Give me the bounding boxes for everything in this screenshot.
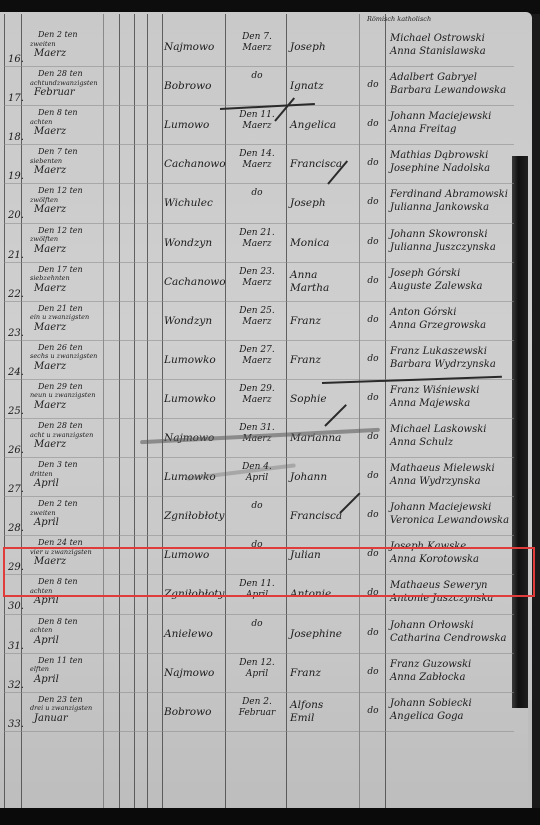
child-first-name: Anna	[290, 269, 317, 281]
birth-day: Den 12.	[239, 658, 275, 668]
child-name: Francisca	[290, 510, 356, 523]
parents: Johann Maciejewski Veronica Lewandowska	[390, 501, 530, 527]
mother-name: Anna Majewska	[390, 397, 530, 410]
village: Lumowo	[164, 119, 226, 131]
date-day: Den 28 ten	[30, 421, 110, 431]
date-day: Den 23 ten	[30, 695, 110, 705]
religion-ditto: do	[362, 393, 384, 403]
birth-date: Den 25. Maerz	[228, 306, 286, 328]
date-month: Maerz	[30, 440, 110, 450]
child-first-name: Francisca	[290, 510, 342, 522]
birth-day: Den 2.	[242, 697, 272, 707]
child-second-name: Martha	[290, 282, 329, 294]
date-day: Den 12 ten	[30, 186, 110, 196]
religion-ditto: do	[362, 471, 384, 481]
birth-day: do	[251, 188, 262, 198]
parents: Mathaeus Mielewski Anna Wydrzynska	[390, 462, 530, 488]
birth-month: Maerz	[243, 239, 272, 249]
mother-name: Josephine Nadolska	[390, 162, 530, 175]
birth-day: do	[251, 501, 262, 511]
religion-ditto: do	[362, 706, 384, 716]
date-day: Den 11 ten	[30, 656, 110, 666]
register-row: 28. Den 2 ten zweiten April Zgniłobłoty …	[0, 497, 530, 536]
date-month: April	[30, 636, 110, 646]
religion-ditto: do	[362, 276, 384, 286]
religion-ditto: do	[362, 667, 384, 677]
date-day: Den 2 ten	[30, 30, 110, 40]
birth-month: Maerz	[243, 317, 272, 327]
entry-number: 23.	[8, 328, 24, 339]
child-first-name: Ignatz	[290, 80, 324, 92]
child-name: Ignatz	[290, 80, 356, 93]
parents: Johann Skowronski Julianna Juszczynska	[390, 228, 530, 254]
village: Bobrowo	[164, 706, 226, 718]
birth-date: Den 21. Maerz	[228, 228, 286, 250]
register-row: 17. Den 28 ten achtundzwanzigsten Februa…	[0, 67, 530, 106]
father-name: Michael Laskowski	[390, 423, 530, 436]
religion-ditto: do	[362, 80, 384, 90]
child-name: Franz	[290, 315, 356, 328]
parents: Joseph Górski Auguste Zalewska	[390, 267, 530, 293]
parents: Franz Guzowski Anna Zabłocka	[390, 658, 530, 684]
register-row: 25. Den 29 ten neun u zwanzigsten Maerz …	[0, 380, 530, 419]
parents: Johann Sobiecki Angelica Goga	[390, 697, 530, 723]
child-second-name: Emil	[290, 712, 314, 724]
child-name: Josephine	[290, 628, 356, 641]
entry-number: 20.	[8, 210, 24, 221]
child-first-name: Sophie	[290, 393, 327, 405]
village: Lumowko	[164, 354, 226, 366]
birth-day: Den 29.	[239, 384, 275, 394]
father-name: Franz Lukaszewski	[390, 345, 530, 358]
child-name: Franz	[290, 354, 356, 367]
registration-date: Den 8 ten achten April	[30, 617, 110, 646]
village: Wichulec	[164, 197, 226, 209]
parents: Franz Wiśniewski Anna Majewska	[390, 384, 530, 410]
father-name: Joseph Górski	[390, 267, 530, 280]
birth-date: Den 29. Maerz	[228, 384, 286, 406]
registration-date: Den 8 ten achten Maerz	[30, 108, 110, 137]
register-row: 27. Den 3 ten dritten April Lumowko Den …	[0, 458, 530, 497]
mother-name: Barbara Lewandowska	[390, 84, 530, 97]
birth-date: Den 2. Februar	[228, 697, 286, 719]
mother-name: Anna Schulz	[390, 436, 530, 449]
father-name: Mathias Dąbrowski	[390, 149, 530, 162]
entry-number: 19.	[8, 171, 24, 182]
entry-number: 22.	[8, 289, 24, 300]
child-name: Alfons Emil	[290, 699, 356, 725]
religion-header-note: Römisch katholisch	[367, 16, 431, 23]
highlighted-record-box	[3, 547, 535, 597]
child-first-name: Monica	[290, 237, 329, 249]
birth-month: April	[246, 669, 268, 679]
entry-number: 31.	[8, 641, 24, 652]
child-name: Angelica	[290, 119, 356, 132]
child-name: Joseph	[290, 41, 356, 54]
date-day: Den 21 ten	[30, 304, 110, 314]
date-day: Den 28 ten	[30, 69, 110, 79]
registration-date: Den 17 ten siebzehnten Maerz	[30, 265, 110, 294]
date-day: Den 2 ten	[30, 499, 110, 509]
mother-name: Auguste Zalewska	[390, 280, 530, 293]
registration-date: Den 12 ten zwölften Maerz	[30, 186, 110, 215]
birth-month: Maerz	[243, 395, 272, 405]
birth-date: do	[228, 71, 286, 82]
date-month: April	[30, 596, 110, 606]
date-month: Maerz	[30, 166, 110, 176]
village: Cachanowo	[164, 158, 226, 170]
register-row: 23. Den 21 ten ein u zwanzigsten Maerz W…	[0, 302, 530, 341]
register-row: 24. Den 26 ten sechs u zwanzigsten Maerz…	[0, 341, 530, 380]
register-row: 16. Den 2 ten zweiten Maerz Najmowo Den …	[0, 28, 530, 67]
entry-number: 21.	[8, 250, 24, 261]
birth-day: Den 7.	[242, 32, 272, 42]
register-row: 19. Den 7 ten siebenten Maerz Cachanowo …	[0, 145, 530, 184]
mother-name: Anna Zabłocka	[390, 671, 530, 684]
village: Najmowo	[164, 667, 226, 679]
religion-ditto: do	[362, 510, 384, 520]
date-month: Maerz	[30, 245, 110, 255]
birth-day: Den 14.	[239, 149, 275, 159]
religion-ditto: do	[362, 197, 384, 207]
child-name: Johann	[290, 471, 356, 484]
child-name: Monica	[290, 237, 356, 250]
child-first-name: Joseph	[290, 41, 326, 53]
entry-number: 27.	[8, 484, 24, 495]
father-name: Michael Ostrowski	[390, 32, 530, 45]
child-first-name: Alfons	[290, 699, 323, 711]
village: Anielewo	[164, 628, 226, 640]
registration-date: Den 2 ten zweiten April	[30, 499, 110, 528]
date-month: Maerz	[30, 284, 110, 294]
row-rule	[4, 731, 514, 732]
birth-date: Den 7. Maerz	[228, 32, 286, 54]
mother-name: Angelica Goga	[390, 710, 530, 723]
birth-day: Den 27.	[239, 345, 275, 355]
child-first-name: Franz	[290, 354, 321, 366]
religion-ditto: do	[362, 354, 384, 364]
entry-number: 18.	[8, 132, 24, 143]
village: Cachanowo	[164, 276, 226, 288]
religion-ditto: do	[362, 628, 384, 638]
date-day: Den 29 ten	[30, 382, 110, 392]
registration-date: Den 28 ten acht u zwanzigsten Maerz	[30, 421, 110, 450]
date-month: Februar	[30, 88, 110, 98]
parents: Ferdinand Abramowski Julianna Jankowska	[390, 188, 530, 214]
birth-date: Den 23. Maerz	[228, 267, 286, 289]
date-month: Maerz	[30, 205, 110, 215]
entry-number: 16.	[8, 54, 24, 65]
mother-name: Anna Freitag	[390, 123, 530, 136]
mother-name: Julianna Jankowska	[390, 201, 530, 214]
entry-number: 28.	[8, 523, 24, 534]
religion-ditto: do	[362, 315, 384, 325]
child-first-name: Franz	[290, 667, 321, 679]
mother-name: Julianna Juszczynska	[390, 241, 530, 254]
registration-date: Den 3 ten dritten April	[30, 460, 110, 489]
entry-number: 30.	[8, 601, 24, 612]
religion-ditto: do	[362, 432, 384, 442]
religion-ditto: do	[362, 158, 384, 168]
parents: Johann Maciejewski Anna Freitag	[390, 110, 530, 136]
register-row: 21. Den 12 ten zwölften Maerz Wondzyn De…	[0, 224, 530, 263]
scan-border	[0, 808, 540, 825]
mother-name: Anna Grzegrowska	[390, 319, 530, 332]
village: Wondzyn	[164, 315, 226, 327]
birth-date: do	[228, 501, 286, 512]
registration-date: Den 29 ten neun u zwanzigsten Maerz	[30, 382, 110, 411]
mother-name: Barbara Wydrzynska	[390, 358, 530, 371]
date-month: Maerz	[30, 127, 110, 137]
father-name: Johann Skowronski	[390, 228, 530, 241]
date-day: Den 8 ten	[30, 617, 110, 627]
date-day: Den 3 ten	[30, 460, 110, 470]
date-month: April	[30, 479, 110, 489]
mother-name: Anna Stanislawska	[390, 45, 530, 58]
parents: Johann Orłowski Catharina Cendrowska	[390, 619, 530, 645]
birth-date: do	[228, 188, 286, 199]
father-name: Mathaeus Mielewski	[390, 462, 530, 475]
birth-date: Den 27. Maerz	[228, 345, 286, 367]
birth-month: April	[246, 473, 268, 483]
date-day: Den 7 ten	[30, 147, 110, 157]
birth-month: Maerz	[243, 356, 272, 366]
father-name: Ferdinand Abramowski	[390, 188, 530, 201]
birth-date: do	[228, 619, 286, 630]
date-month: Maerz	[30, 401, 110, 411]
date-month: April	[30, 675, 110, 685]
entry-number: 33.	[8, 719, 24, 730]
birth-date: Den 11. Maerz	[228, 110, 286, 132]
birth-month: Maerz	[243, 160, 272, 170]
register-row: 32. Den 11 ten elften April Najmowo Den …	[0, 654, 530, 693]
register-row: 33. Den 23 ten drei u zwanzigsten Januar…	[0, 693, 530, 732]
father-name: Johann Maciejewski	[390, 501, 530, 514]
child-first-name: Joseph	[290, 197, 326, 209]
father-name: Franz Guzowski	[390, 658, 530, 671]
father-name: Anton Górski	[390, 306, 530, 319]
birth-day: Den 21.	[239, 228, 275, 238]
village: Bobrowo	[164, 80, 226, 92]
child-first-name: Josephine	[290, 628, 342, 640]
registration-date: Den 7 ten siebenten Maerz	[30, 147, 110, 176]
child-name: Joseph	[290, 197, 356, 210]
father-name: Adalbert Gabryel	[390, 71, 530, 84]
entry-number: 26.	[8, 445, 24, 456]
date-day: Den 12 ten	[30, 226, 110, 236]
registration-date: Den 12 ten zwölften Maerz	[30, 226, 110, 255]
register-row: 31. Den 8 ten achten April Anielewo do J…	[0, 615, 530, 654]
parents: Anton Górski Anna Grzegrowska	[390, 306, 530, 332]
birth-day: do	[251, 71, 262, 81]
child-name: Anna Martha	[290, 269, 356, 295]
birth-day: Den 11.	[239, 110, 275, 120]
mother-name: Veronica Lewandowska	[390, 514, 530, 527]
registration-date: Den 2 ten zweiten Maerz	[30, 30, 110, 59]
child-first-name: Franz	[290, 315, 321, 327]
birth-date: Den 14. Maerz	[228, 149, 286, 171]
registration-date: Den 21 ten ein u zwanzigsten Maerz	[30, 304, 110, 333]
father-name: Johann Maciejewski	[390, 110, 530, 123]
registration-date: Den 11 ten elften April	[30, 656, 110, 685]
register-row: 20. Den 12 ten zwölften Maerz Wichulec d…	[0, 184, 530, 223]
date-month: Maerz	[30, 323, 110, 333]
father-name: Johann Sobiecki	[390, 697, 530, 710]
mother-name: Catharina Cendrowska	[390, 632, 530, 645]
child-first-name: Francisca	[290, 158, 342, 170]
birth-day: Den 25.	[239, 306, 275, 316]
date-month: Januar	[30, 714, 110, 724]
parents: Mathias Dąbrowski Josephine Nadolska	[390, 149, 530, 175]
birth-month: Maerz	[243, 43, 272, 53]
birth-month: Februar	[239, 708, 276, 718]
mother-name: Anna Wydrzynska	[390, 475, 530, 488]
registration-date: Den 28 ten achtundzwanzigsten Februar	[30, 69, 110, 98]
date-day: Den 17 ten	[30, 265, 110, 275]
village: Lumowko	[164, 393, 226, 405]
birth-day: do	[251, 619, 262, 629]
register-row: 18. Den 8 ten achten Maerz Lumowo Den 11…	[0, 106, 530, 145]
birth-day: Den 23.	[239, 267, 275, 277]
child-name: Franz	[290, 667, 356, 680]
religion-ditto: do	[362, 119, 384, 129]
birth-date: Den 12. April	[228, 658, 286, 680]
date-month: Maerz	[30, 362, 110, 372]
birth-month: Maerz	[243, 278, 272, 288]
parents: Michael Laskowski Anna Schulz	[390, 423, 530, 449]
date-day: Den 26 ten	[30, 343, 110, 353]
village: Zgniłobłoty	[164, 510, 226, 522]
village: Wondzyn	[164, 237, 226, 249]
entry-number: 17.	[8, 93, 24, 104]
register-row: 22. Den 17 ten siebzehnten Maerz Cachano…	[0, 263, 530, 302]
child-first-name: Johann	[290, 471, 327, 483]
entry-number: 32.	[8, 680, 24, 691]
birth-month: Maerz	[243, 121, 272, 131]
parents: Franz Lukaszewski Barbara Wydrzynska	[390, 345, 530, 371]
parents: Michael Ostrowski Anna Stanislawska	[390, 32, 530, 58]
village: Najmowo	[164, 41, 226, 53]
religion-ditto: do	[362, 237, 384, 247]
date-day: Den 8 ten	[30, 108, 110, 118]
entry-number: 24.	[8, 367, 24, 378]
date-month: April	[30, 518, 110, 528]
register-row: 26. Den 28 ten acht u zwanzigsten Maerz …	[0, 419, 530, 458]
entry-number: 25.	[8, 406, 24, 417]
parents: Adalbert Gabryel Barbara Lewandowska	[390, 71, 530, 97]
registration-date: Den 26 ten sechs u zwanzigsten Maerz	[30, 343, 110, 372]
child-first-name: Angelica	[290, 119, 336, 131]
page-edge-shadow	[532, 14, 540, 814]
birth-day: Den 31.	[239, 423, 275, 433]
father-name: Johann Orłowski	[390, 619, 530, 632]
date-month: Maerz	[30, 49, 110, 59]
registration-date: Den 23 ten drei u zwanzigsten Januar	[30, 695, 110, 724]
father-name: Franz Wiśniewski	[390, 384, 530, 397]
